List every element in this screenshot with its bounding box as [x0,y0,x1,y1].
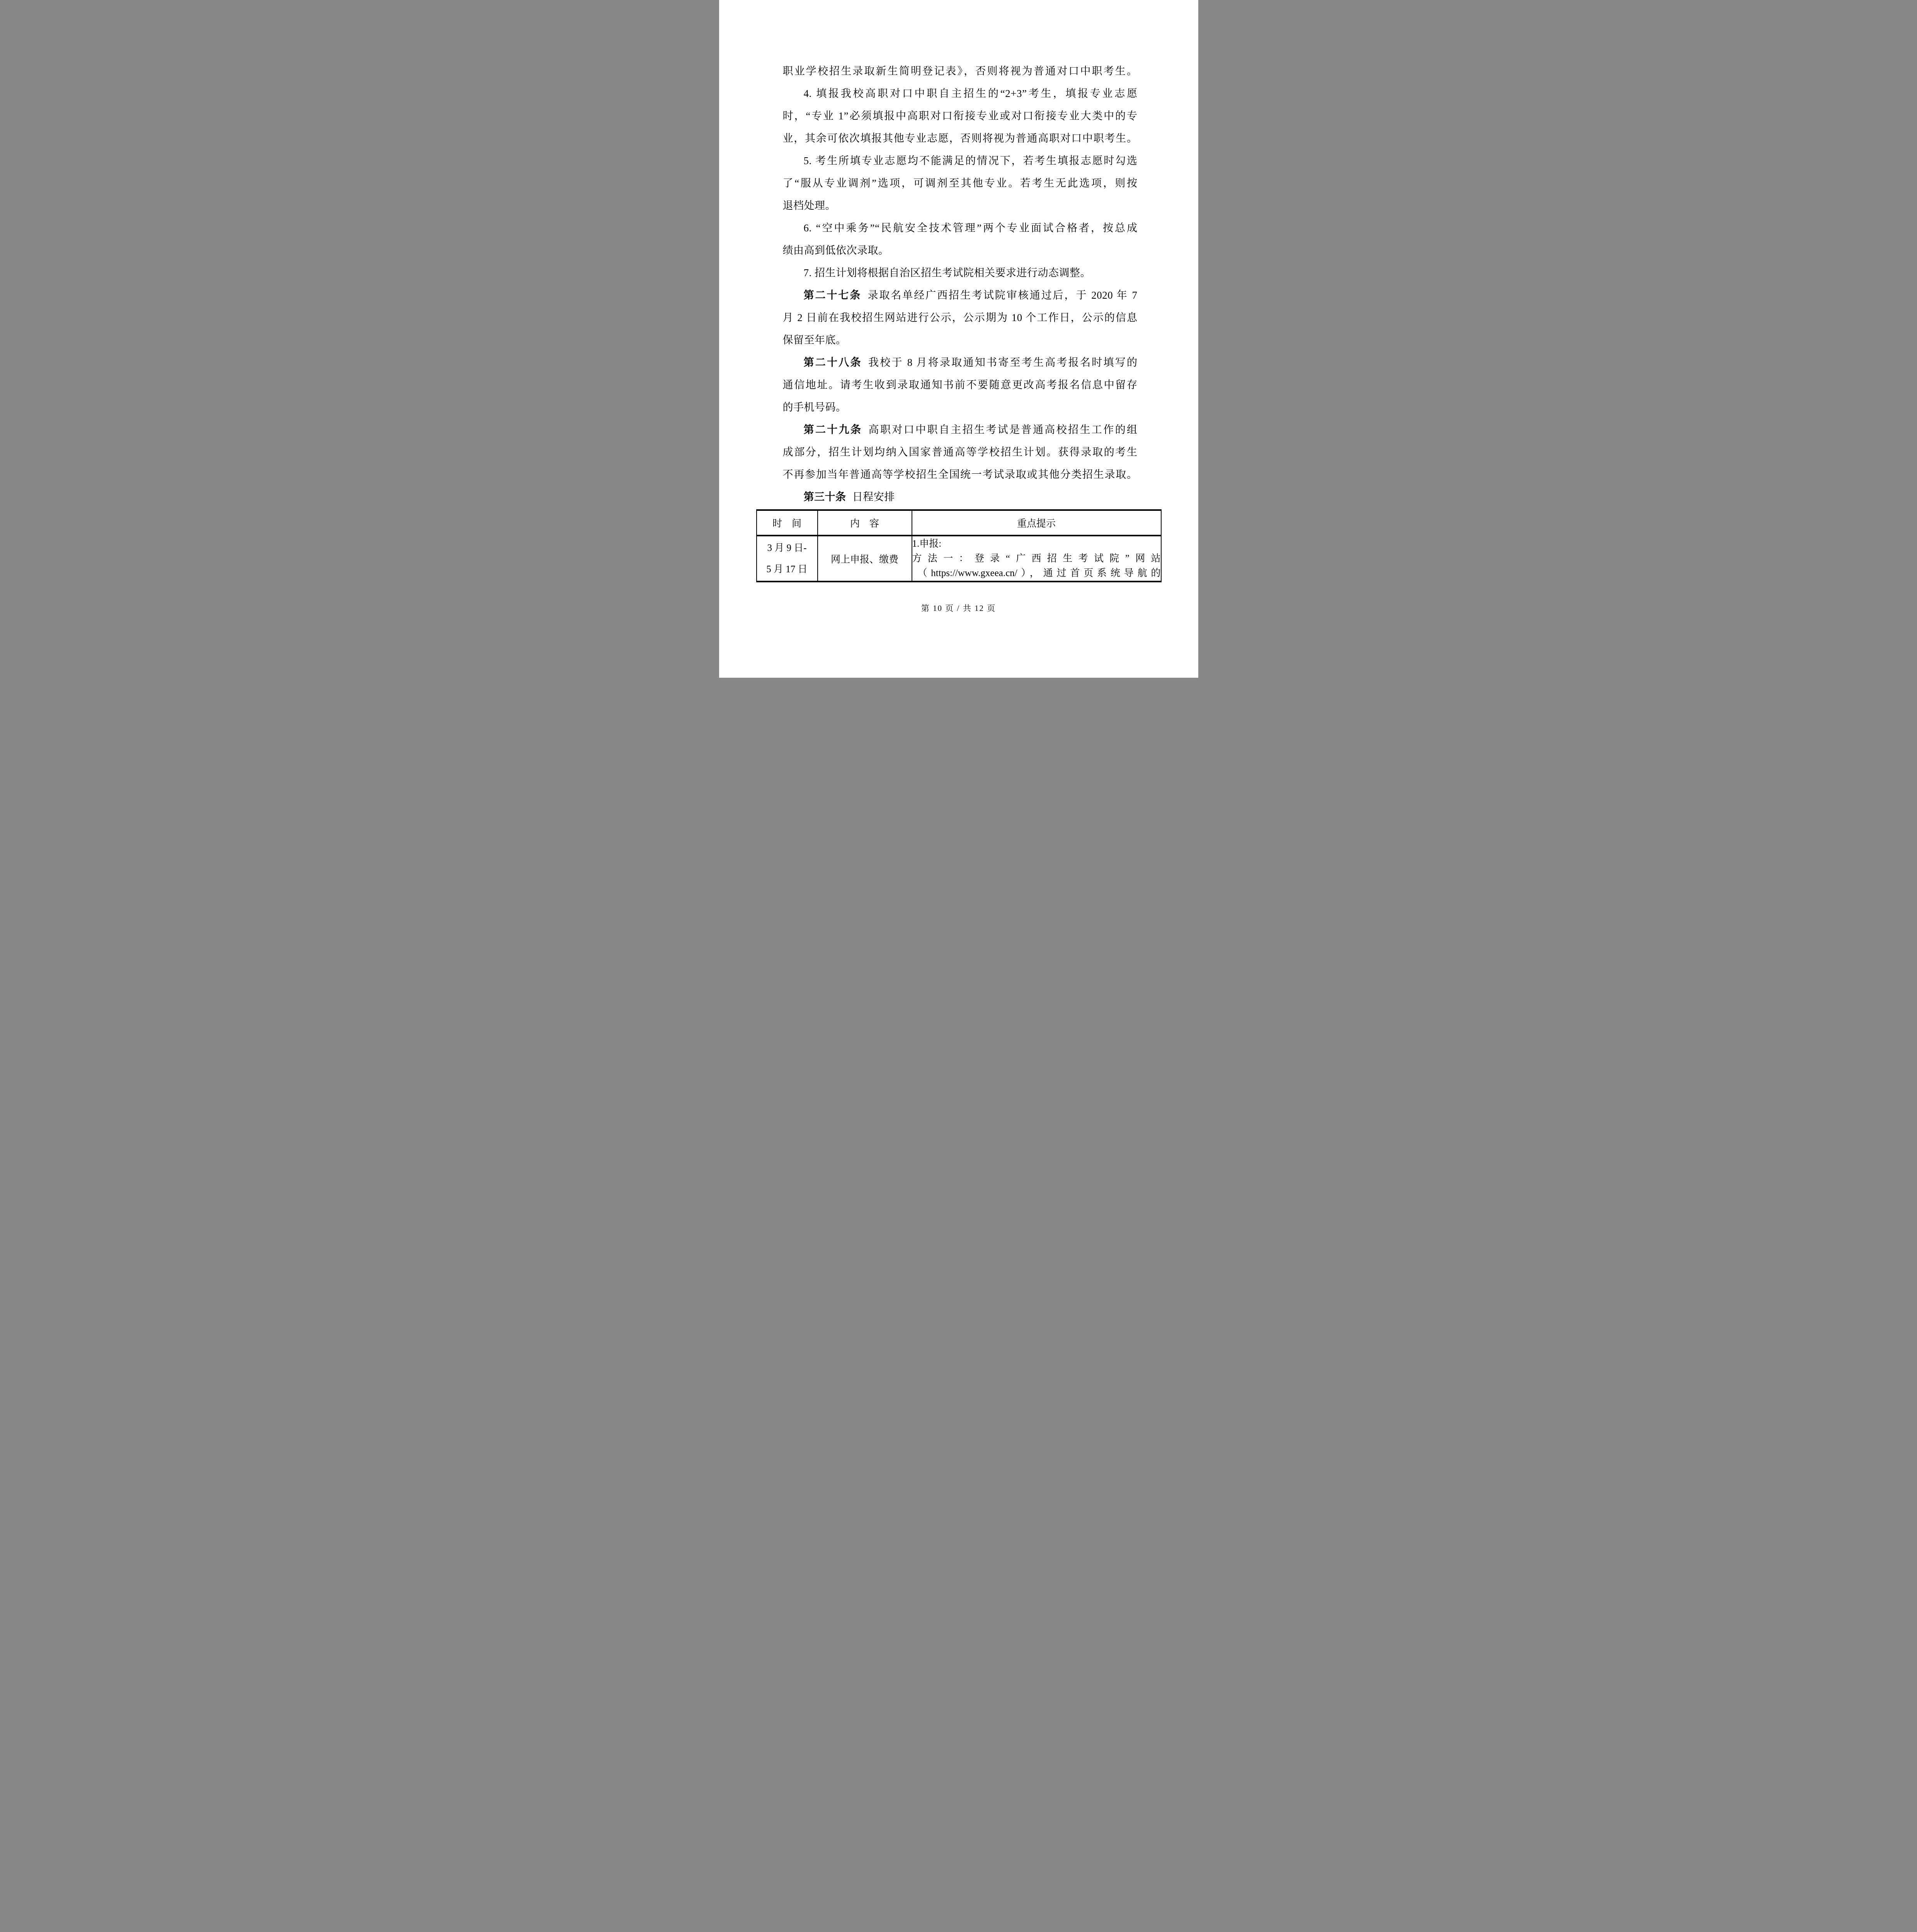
table-header-time: 时 间 [757,510,818,536]
text-line: 通信地址。请考生收到录取通知书前不要随意更改高考报名信息中留存 [783,374,1138,396]
text-line: 第二十八条我校于 8 月将录取通知书寄至考生高考报名时填写的 [783,351,1138,374]
line-text: 时，“专业 1”必须填报中高职对口衔接专业或对口衔接专业大类中的专 [783,110,1138,122]
text-line: 月 2 日前在我校招生网站进行公示，公示期为 10 个工作日，公示的信息 [783,306,1138,329]
article-lead: 第二十九条 [804,424,862,435]
line-text: 的手机号码。 [783,401,847,413]
line-text: 成部分，招生计划均纳入国家普通高等学校招生计划。获得录取的考生 [783,446,1138,458]
article-lead: 第二十七条 [804,289,862,301]
line-text: 绩由高到低依次录取。 [783,245,889,256]
tips-line: 1.申报: [912,537,1161,551]
article-lead: 第三十条 [804,491,846,503]
line-text: 录取名单经广西招生考试院审核通过后，于 2020 年 7 [867,289,1137,301]
line-text: 业，其余可依次填报其他专业志愿，否则将视为普通高职对口中职考生。 [783,133,1138,144]
line-text: 不再参加当年普通高等学校招生全国统一考试录取或其他分类招生录取。 [783,469,1138,480]
text-line: 第二十七条录取名单经广西招生考试院审核通过后，于 2020 年 7 [783,284,1138,306]
tips-cell: 1.申报: 方法一：登录“广西招生考试院”网站 （https://www.gxe… [912,536,1161,582]
document-page: 职业学校招生录取新生简明登记表》，否则将视为普通对口中职考生。 4. 填报我校高… [719,0,1198,678]
time-line: 5 月 17 日 [757,559,817,580]
time-line: 3 月 9 日- [757,537,817,559]
page-footer: 第 10 页 / 共 12 页 [719,604,1198,613]
text-line: 4. 填报我校高职对口中职自主招生的“2+3”考生，填报专业志愿 [783,82,1138,105]
tips-line: 方法一：登录“广西招生考试院”网站 [912,551,1161,566]
text-line: 不再参加当年普通高等学校招生全国统一考试录取或其他分类招生录取。 [783,463,1138,486]
line-text: 了“服从专业调剂”选项，可调剂至其他专业。若考生无此选项，则按 [783,177,1138,189]
text-line: 6. “空中乘务”“民航安全技术管理”两个专业面试合格者，按总成 [783,217,1138,239]
text-line: 绩由高到低依次录取。 [783,239,1138,262]
text-line: 的手机号码。 [783,396,1138,418]
line-text: 日程安排 [852,491,895,503]
table-row: 3 月 9 日- 5 月 17 日 网上申报、缴费 1.申报: 方法一：登录“广… [757,536,1161,582]
line-text: 通信地址。请考生收到录取通知书前不要随意更改高考报名信息中留存 [783,379,1138,391]
line-text: 退档处理。 [783,200,836,211]
article-lead: 第二十八条 [804,357,862,368]
text-line: 业，其余可依次填报其他专业志愿，否则将视为普通高职对口中职考生。 [783,127,1138,150]
line-text: 保留至年底。 [783,334,847,346]
table-header-row: 时 间 内 容 重点提示 [757,510,1161,536]
line-text: 我校于 8 月将录取通知书寄至考生高考报名时填写的 [868,357,1138,368]
text-line: 了“服从专业调剂”选项，可调剂至其他专业。若考生无此选项，则按 [783,172,1138,194]
line-text: 7. 招生计划将根据自治区招生考试院相关要求进行动态调整。 [804,267,1091,279]
text-line: 第三十条日程安排 [783,486,1138,508]
tips-line: （https://www.gxeea.cn/），通过首页系统导航的 [912,566,1161,581]
table-header-tips: 重点提示 [912,510,1161,536]
line-text: 月 2 日前在我校招生网站进行公示，公示期为 10 个工作日，公示的信息 [783,312,1138,323]
text-line: 退档处理。 [783,194,1138,217]
text-line: 成部分，招生计划均纳入国家普通高等学校招生计划。获得录取的考生 [783,441,1138,463]
text-line: 5. 考生所填专业志愿均不能满足的情况下，若考生填报志愿时勾选 [783,150,1138,172]
schedule-table: 时 间 内 容 重点提示 3 月 9 日- 5 月 17 日 网上申报、缴费 1… [756,509,1162,582]
text-line: 保留至年底。 [783,329,1138,351]
line-text: 5. 考生所填专业志愿均不能满足的情况下，若考生填报志愿时勾选 [804,155,1138,167]
line-text: 高职对口中职自主招生考试是普通高校招生工作的组 [869,424,1138,435]
table-header-content: 内 容 [818,510,912,536]
text-line: 时，“专业 1”必须填报中高职对口衔接专业或对口衔接专业大类中的专 [783,105,1138,127]
text-line: 职业学校招生录取新生简明登记表》，否则将视为普通对口中职考生。 [783,60,1138,82]
time-cell: 3 月 9 日- 5 月 17 日 [757,536,818,582]
body-text: 职业学校招生录取新生简明登记表》，否则将视为普通对口中职考生。 4. 填报我校高… [783,60,1138,508]
text-line: 第二十九条高职对口中职自主招生考试是普通高校招生工作的组 [783,418,1138,441]
text-line: 7. 招生计划将根据自治区招生考试院相关要求进行动态调整。 [783,262,1138,284]
line-text: 4. 填报我校高职对口中职自主招生的“2+3”考生，填报专业志愿 [804,88,1138,99]
line-text: 职业学校招生录取新生简明登记表》，否则将视为普通对口中职考生。 [783,65,1138,77]
line-text: 6. “空中乘务”“民航安全技术管理”两个专业面试合格者，按总成 [804,222,1138,234]
content-cell: 网上申报、缴费 [818,536,912,582]
